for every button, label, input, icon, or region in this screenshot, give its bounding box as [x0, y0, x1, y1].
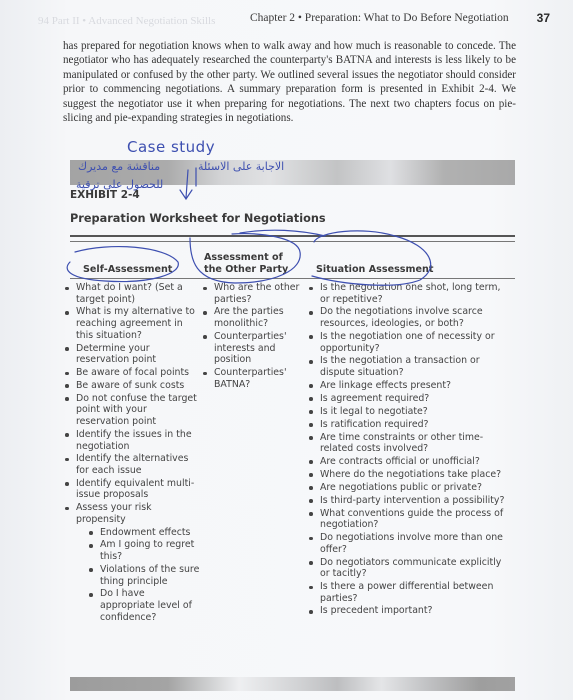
list-item: Identify the alternatives for each issue [62, 453, 200, 476]
sub-list-item: Violations of the sure thing principle [86, 564, 200, 587]
sub-list-item: Do I have appropriate level of confidenc… [86, 588, 200, 623]
list-item-text: Is the negotiation a transaction or disp… [320, 355, 480, 378]
other-party-list: Who are the other parties?Are the partie… [200, 282, 308, 390]
list-item: Is there a power differential between pa… [306, 581, 511, 604]
list-item: Assess your risk propensityEndowment eff… [62, 502, 200, 623]
list-item-text: Counterparties' interests and position [214, 331, 287, 365]
intro-paragraph: has prepared for negotiation knows when … [63, 39, 516, 125]
list-item: Counterparties' interests and position [200, 331, 308, 366]
list-item-text: Is precedent important? [320, 605, 433, 616]
list-item: Is ratification required? [306, 419, 511, 431]
column-other-party: Who are the other parties?Are the partie… [200, 282, 308, 392]
column-situation: Is the negotiation one shot, long term, … [306, 282, 511, 618]
list-item: Do negotiators communicate explicitly or… [306, 557, 511, 580]
list-item: Are time constraints or other time-relat… [306, 432, 511, 455]
list-item: Is it legal to negotiate? [306, 406, 511, 418]
list-item: What do I want? (Set a target point) [62, 282, 200, 305]
list-item-text: Is it legal to negotiate? [320, 406, 428, 417]
exhibit-title: Preparation Worksheet for Negotiations [70, 212, 326, 225]
list-item: Where do the negotiations take place? [306, 469, 511, 481]
list-item-text: Assess your risk propensity [76, 502, 152, 525]
list-item-text: Identify the issues in the negotiation [76, 429, 192, 452]
column-header-self-assessment: Self-Assessment [83, 264, 172, 276]
page-number: 37 [537, 11, 550, 25]
list-item-text: Do not confuse the target point with you… [76, 393, 197, 427]
list-item-text: What conventions guide the process of ne… [320, 508, 503, 531]
list-item-text: Determine your reservation point [76, 343, 156, 366]
list-item: Is the negotiation one of necessity or o… [306, 331, 511, 354]
sub-list-item: Am I going to regret this? [86, 539, 200, 562]
list-item: Are negotiations public or private? [306, 482, 511, 494]
list-item-text: Is the negotiation one of necessity or o… [320, 331, 495, 354]
list-item: Do not confuse the target point with you… [62, 393, 200, 428]
list-item-text: Do the negotiations involve scarce resou… [320, 306, 483, 329]
list-item-text: Is ratification required? [320, 419, 429, 430]
exhibit-footer-band [70, 677, 515, 691]
bleed-through-text: 94 Part II • Advanced Negotiation Skills [38, 15, 215, 27]
list-item: What is my alternative to reaching agree… [62, 306, 200, 341]
list-item-text: Where do the negotiations take place? [320, 469, 501, 480]
situation-list: Is the negotiation one shot, long term, … [306, 282, 511, 617]
list-item-text: Are the parties monolithic? [214, 306, 284, 329]
list-item-text: Be aware of sunk costs [76, 380, 184, 391]
table-top-rule [70, 235, 515, 242]
column-header-other-party: Assessment of the Other Party [204, 252, 304, 276]
list-item: Identify the issues in the negotiation [62, 429, 200, 452]
exhibit-label: EXHIBIT 2-4 [70, 189, 140, 201]
list-item-text: Identify equivalent multi-issue proposal… [76, 478, 194, 501]
list-item: Are linkage effects present? [306, 380, 511, 392]
list-item-text: Counterparties' BATNA? [214, 367, 287, 390]
list-item-text: Are negotiations public or private? [320, 482, 482, 493]
header-bottom-rule [70, 278, 515, 279]
list-item: Identify equivalent multi-issue proposal… [62, 478, 200, 501]
list-item-text: Identify the alternatives for each issue [76, 453, 188, 476]
list-item-text: Who are the other parties? [214, 282, 299, 305]
list-item-text: What is my alternative to reaching agree… [76, 306, 195, 340]
running-head: Chapter 2 • Preparation: What to Do Befo… [250, 12, 550, 24]
list-item-text: What do I want? (Set a target point) [76, 282, 183, 305]
list-item-text: Is third-party intervention a possibilit… [320, 495, 504, 506]
list-item: Is the negotiation one shot, long term, … [306, 282, 511, 305]
handwritten-arabic-note-1: مناقشة مع مديرك [78, 160, 160, 173]
list-item: Is the negotiation a transaction or disp… [306, 355, 511, 378]
list-item-text: Is the negotiation one shot, long term, … [320, 282, 500, 305]
column-header-situation: Situation Assessment [316, 264, 433, 276]
list-item: Is third-party intervention a possibilit… [306, 495, 511, 507]
self-assessment-list: What do I want? (Set a target point)What… [62, 282, 200, 623]
list-item: Are the parties monolithic? [200, 306, 308, 329]
list-item: Do the negotiations involve scarce resou… [306, 306, 511, 329]
list-item-text: Is there a power differential between pa… [320, 581, 493, 604]
list-item-text: Do negotiators communicate explicitly or… [320, 557, 501, 580]
list-item: Do negotiations involve more than one of… [306, 532, 511, 555]
list-item: Is precedent important? [306, 605, 511, 617]
sub-list: Endowment effectsAm I going to regret th… [76, 527, 200, 624]
column-self-assessment: What do I want? (Set a target point)What… [62, 282, 200, 624]
list-item-text: Are time constraints or other time-relat… [320, 432, 483, 455]
list-item: What conventions guide the process of ne… [306, 508, 511, 531]
list-item-text: Do negotiations involve more than one of… [320, 532, 503, 555]
list-item-text: Is agreement required? [320, 393, 429, 404]
scanned-page: 94 Part II • Advanced Negotiation Skills… [0, 0, 573, 700]
sub-list-item: Endowment effects [86, 527, 200, 539]
list-item: Are contracts official or unofficial? [306, 456, 511, 468]
list-item-text: Are linkage effects present? [320, 380, 451, 391]
list-item: Be aware of sunk costs [62, 380, 200, 392]
list-item: Who are the other parties? [200, 282, 308, 305]
handwritten-case-study: Case study [127, 138, 215, 156]
list-item: Is agreement required? [306, 393, 511, 405]
list-item: Counterparties' BATNA? [200, 367, 308, 390]
list-item-text: Be aware of focal points [76, 367, 189, 378]
list-item-text: Are contracts official or unofficial? [320, 456, 480, 467]
handwritten-arabic-note-3: الاجابة على الاسئلة [198, 160, 284, 173]
list-item: Be aware of focal points [62, 367, 200, 379]
list-item: Determine your reservation point [62, 343, 200, 366]
chapter-title: Chapter 2 • Preparation: What to Do Befo… [250, 12, 509, 24]
